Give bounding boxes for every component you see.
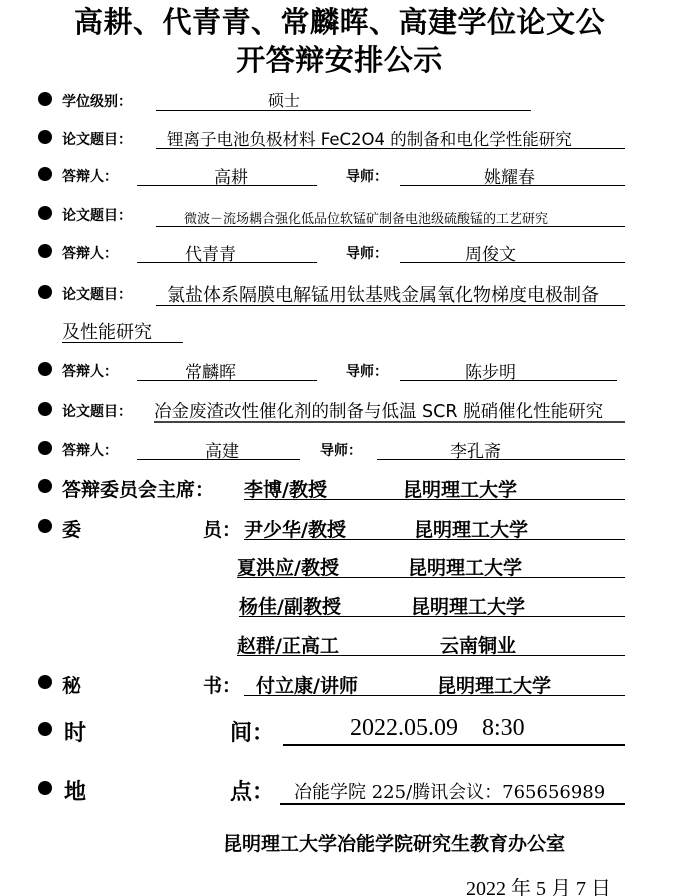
- bullet-icon: [38, 781, 52, 795]
- underline: [400, 262, 625, 263]
- bullet-icon: [38, 722, 52, 736]
- underline: [154, 421, 625, 423]
- member-org: 云南铜业: [440, 631, 516, 658]
- bullet-icon: [38, 244, 52, 258]
- thesis-row-1: 论文题目： 锂离子电池负极材料 FeC2O4 的制备和电化学性能研究: [0, 126, 679, 156]
- defense-row-2: 答辩人： 代青青 导师： 周俊文: [0, 240, 679, 270]
- place-row: 地 点： 冶能学院 225/腾讯会议：765656989: [0, 773, 679, 809]
- bullet-icon: [38, 362, 52, 376]
- underline: [244, 539, 625, 540]
- student-label: 答辩人：: [62, 440, 118, 460]
- committee-member-row-3: 杨佳/副教授 昆明理工大学: [0, 591, 679, 621]
- title-line-2: 开答辩安排公示: [0, 42, 679, 78]
- underline: [137, 380, 317, 381]
- defense-row-3: 答辩人： 常麟晖 导师： 陈步明: [0, 358, 679, 388]
- member-name: 赵群/正高工: [237, 631, 339, 658]
- bullet-icon: [38, 167, 52, 181]
- thesis-title-3-line-2: 及性能研究: [62, 318, 152, 344]
- advisor-label: 导师：: [346, 166, 388, 186]
- bullet-icon: [38, 441, 52, 455]
- secretary-org: 昆明理工大学: [437, 671, 551, 698]
- secretary-name: 付立康/讲师: [256, 671, 358, 698]
- members-label-right: 员：: [203, 515, 241, 542]
- thesis-title-2: 微波－流场耦合强化低品位软锰矿制备电池级硫酸锰的工艺研究: [184, 208, 548, 227]
- advisor-label: 导师：: [320, 440, 362, 460]
- thesis-label: 论文题目：: [62, 401, 132, 421]
- advisor-label: 导师：: [346, 243, 388, 263]
- committee-member-row-4: 赵群/正高工 云南铜业: [0, 630, 679, 660]
- member-org: 昆明理工大学: [414, 515, 528, 542]
- underline: [239, 616, 625, 617]
- title-line-1: 高耕、代青青、常麟晖、高建学位论文公: [0, 4, 679, 40]
- bullet-icon: [38, 479, 52, 493]
- issuer: 昆明理工大学冶能学院研究生教育办公室: [223, 829, 565, 856]
- thesis-label: 论文题目：: [62, 284, 132, 304]
- committee-chair-row: 答辩委员会主席： 李博/教授 昆明理工大学: [0, 474, 679, 504]
- underline: [156, 148, 625, 149]
- bullet-icon: [38, 675, 52, 689]
- member-name: 杨佳/副教授: [239, 592, 341, 619]
- underline: [156, 305, 625, 306]
- underline: [237, 655, 625, 656]
- thesis-title-3-line-1: 氯盐体系隔膜电解锰用钛基贱金属氧化物梯度电极制备: [167, 281, 599, 307]
- time-row: 时 间： 2022.05.09 8:30: [0, 714, 679, 750]
- underline: [137, 262, 317, 263]
- thesis-title-4: 冶金废渣改性催化剂的制备与低温 SCR 脱硝催化性能研究: [154, 398, 603, 423]
- underline: [400, 380, 617, 381]
- thesis-label: 论文题目：: [62, 205, 132, 225]
- issue-date: 2022 年 5 月 7 日: [466, 872, 611, 896]
- underline: [237, 577, 625, 578]
- degree-level-label: 学位级别：: [62, 91, 132, 111]
- member-org: 昆明理工大学: [408, 553, 522, 580]
- student-label: 答辩人：: [62, 361, 118, 381]
- bullet-icon: [38, 206, 52, 220]
- defense-row-4: 答辩人： 高建 导师： 李孔斋: [0, 437, 679, 467]
- secretary-label-right: 书：: [203, 671, 241, 698]
- advisor-label: 导师：: [346, 361, 388, 381]
- time-label-right: 间：: [230, 716, 274, 747]
- place-label-left: 地: [64, 775, 86, 806]
- chair-name: 李博/教授: [244, 475, 327, 502]
- thesis-row-3: 论文题目： 氯盐体系隔膜电解锰用钛基贱金属氧化物梯度电极制备 及性能研究: [0, 281, 679, 351]
- committee-member-row-1: 委 员： 尹少华/教授 昆明理工大学: [0, 514, 679, 544]
- underline: [400, 185, 625, 186]
- defense-row-1: 答辩人： 高耕 导师： 姚耀春: [0, 163, 679, 193]
- member-name: 夏洪应/教授: [237, 553, 339, 580]
- underline: [156, 110, 531, 111]
- underline: [244, 499, 625, 500]
- thesis-title-1: 锂离子电池负极材料 FeC2O4 的制备和电化学性能研究: [167, 126, 572, 150]
- student-label: 答辩人：: [62, 166, 118, 186]
- time-value: 2022.05.09 8:30: [350, 715, 525, 742]
- place-value: 冶能学院 225/腾讯会议：765656989: [294, 778, 605, 804]
- members-label-left: 委: [62, 515, 81, 542]
- member-org: 昆明理工大学: [411, 592, 525, 619]
- committee-chair-label: 答辩委员会主席：: [62, 475, 214, 502]
- degree-level-value: 硕士: [268, 88, 300, 111]
- underline: [137, 459, 300, 460]
- underline: [156, 226, 625, 227]
- member-name: 尹少华/教授: [244, 515, 346, 542]
- bullet-icon: [38, 285, 52, 299]
- underline: [283, 744, 625, 746]
- underline: [244, 695, 625, 696]
- bullet-icon: [38, 519, 52, 533]
- secretary-label-left: 秘: [62, 671, 81, 698]
- underline: [137, 185, 317, 186]
- secretary-row: 秘 书： 付立康/讲师 昆明理工大学: [0, 670, 679, 700]
- chair-org: 昆明理工大学: [403, 475, 517, 502]
- underline: [62, 342, 183, 343]
- time-label-left: 时: [64, 716, 86, 747]
- underline: [377, 459, 625, 460]
- bullet-icon: [38, 402, 52, 416]
- student-label: 答辩人：: [62, 243, 118, 263]
- place-label-right: 点：: [230, 775, 274, 806]
- degree-level-row: 学位级别： 硕士: [0, 88, 679, 118]
- bullet-icon: [38, 130, 52, 144]
- underline: [280, 803, 625, 805]
- thesis-row-2: 论文题目： 微波－流场耦合强化低品位软锰矿制备电池级硫酸锰的工艺研究: [0, 202, 679, 232]
- thesis-label: 论文题目：: [62, 129, 132, 149]
- committee-member-row-2: 夏洪应/教授 昆明理工大学: [0, 552, 679, 582]
- thesis-row-4: 论文题目： 冶金废渣改性催化剂的制备与低温 SCR 脱硝催化性能研究: [0, 398, 679, 428]
- bullet-icon: [38, 92, 52, 106]
